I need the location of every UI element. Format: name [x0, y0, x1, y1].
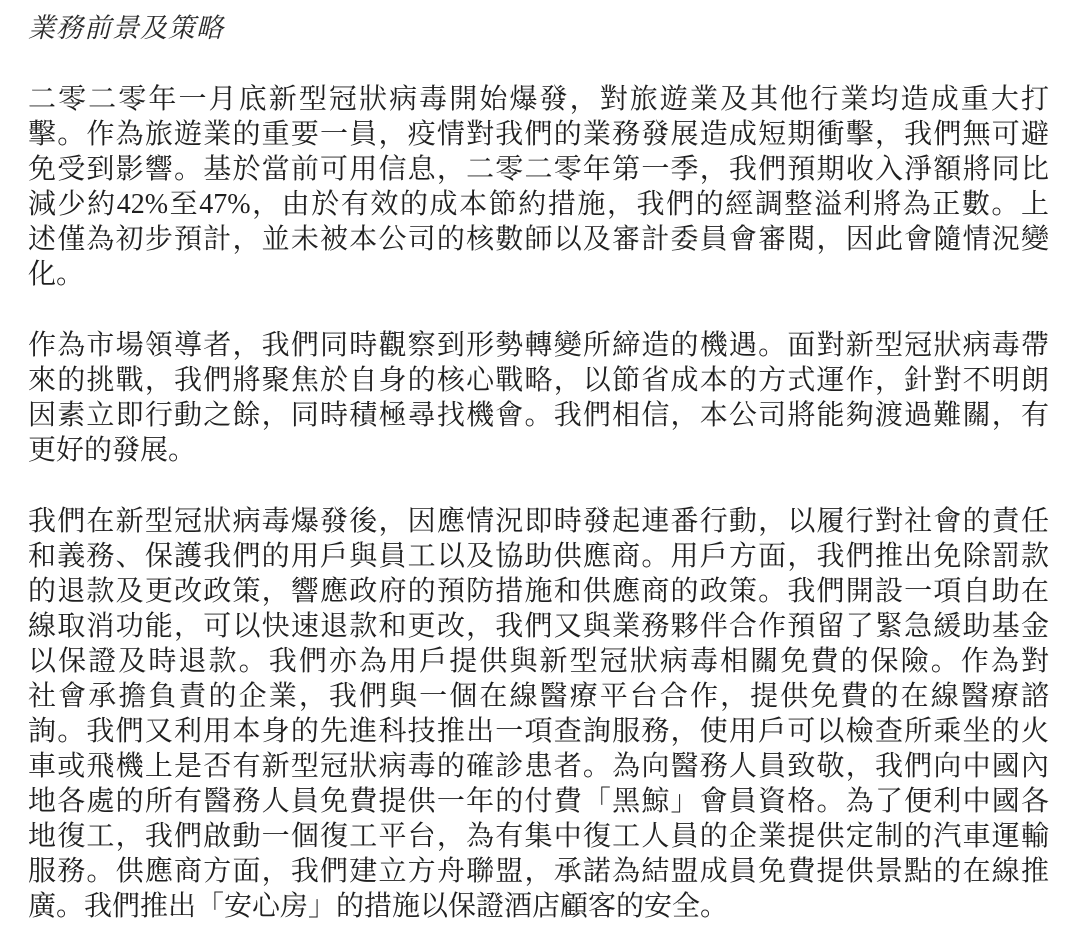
- text-line: 服務。供應商方面，我們建立方舟聯盟，承諾為結盟成員免費提供景點的在線推: [28, 854, 1049, 889]
- text-line: 地各處的所有醫務人員免費提供一年的付費「黑鯨」會員資格。為了便利中國各: [28, 784, 1049, 819]
- text-line: 免受到影響。基於當前可用信息，二零二零年第一季，我們預期收入淨額將同比: [28, 152, 1049, 187]
- text-line: 述僅為初步預計，並未被本公司的核數師以及審計委員會審閱，因此會隨情況變: [28, 222, 1049, 257]
- section-title: 業務前景及策略: [28, 10, 1049, 46]
- text-line: 地復工，我們啟動一個復工平台，為有集中復工人員的企業提供定制的汽車運輸: [28, 819, 1049, 854]
- paragraph-response-actions: 我們在新型冠狀病毒爆發後，因應情況即時發起連番行動，以履行對社會的責任 和義務、…: [28, 504, 1049, 924]
- text-line: 減少約42%至47%，由於有效的成本節約措施，我們的經調整溢利將為正數。上: [28, 187, 1049, 222]
- text-line: 廣。我們推出「安心房」的措施以保證酒店顧客的安全。: [28, 889, 1049, 924]
- text-line: 二零二零年一月底新型冠狀病毒開始爆發，對旅遊業及其他行業均造成重大打: [28, 82, 1049, 117]
- text-line: 社會承擔負責的企業，我們與一個在線醫療平台合作，提供免費的在線醫療諮: [28, 679, 1049, 714]
- text-line: 我們在新型冠狀病毒爆發後，因應情況即時發起連番行動，以履行對社會的責任: [28, 504, 1049, 539]
- paragraph-market-leader: 作為市場領導者，我們同時觀察到形勢轉變所締造的機遇。面對新型冠狀病毒帶 來的挑戰…: [28, 328, 1049, 468]
- text-line: 線取消功能，可以快速退款和更改，我們又與業務夥伴合作預留了緊急緩助基金: [28, 609, 1049, 644]
- document-page: 業務前景及策略 二零二零年一月底新型冠狀病毒開始爆發，對旅遊業及其他行業均造成重…: [0, 0, 1080, 924]
- text-line: 車或飛機上是否有新型冠狀病毒的確診患者。為向醫務人員致敬，我們向中國內: [28, 749, 1049, 784]
- text-line: 更好的發展。: [28, 433, 1049, 468]
- paragraph-outlook-impact: 二零二零年一月底新型冠狀病毒開始爆發，對旅遊業及其他行業均造成重大打 擊。作為旅…: [28, 82, 1049, 292]
- text-line: 來的挑戰，我們將聚焦於自身的核心戰略，以節省成本的方式運作，針對不明朗: [28, 363, 1049, 398]
- text-line: 因素立即行動之餘，同時積極尋找機會。我們相信，本公司將能夠渡過難關，有: [28, 398, 1049, 433]
- text-line: 作為市場領導者，我們同時觀察到形勢轉變所締造的機遇。面對新型冠狀病毒帶: [28, 328, 1049, 363]
- text-line: 和義務、保護我們的用戶與員工以及協助供應商。用戶方面，我們推出免除罰款: [28, 539, 1049, 574]
- text-line: 詢。我們又利用本身的先進科技推出一項查詢服務，使用戶可以檢查所乘坐的火: [28, 714, 1049, 749]
- text-line: 化。: [28, 257, 1049, 292]
- text-line: 以保證及時退款。我們亦為用戶提供與新型冠狀病毒相關免費的保險。作為對: [28, 644, 1049, 679]
- text-line: 擊。作為旅遊業的重要一員，疫情對我們的業務發展造成短期衝擊，我們無可避: [28, 117, 1049, 152]
- text-line: 的退款及更改政策，響應政府的預防措施和供應商的政策。我們開設一項自助在: [28, 574, 1049, 609]
